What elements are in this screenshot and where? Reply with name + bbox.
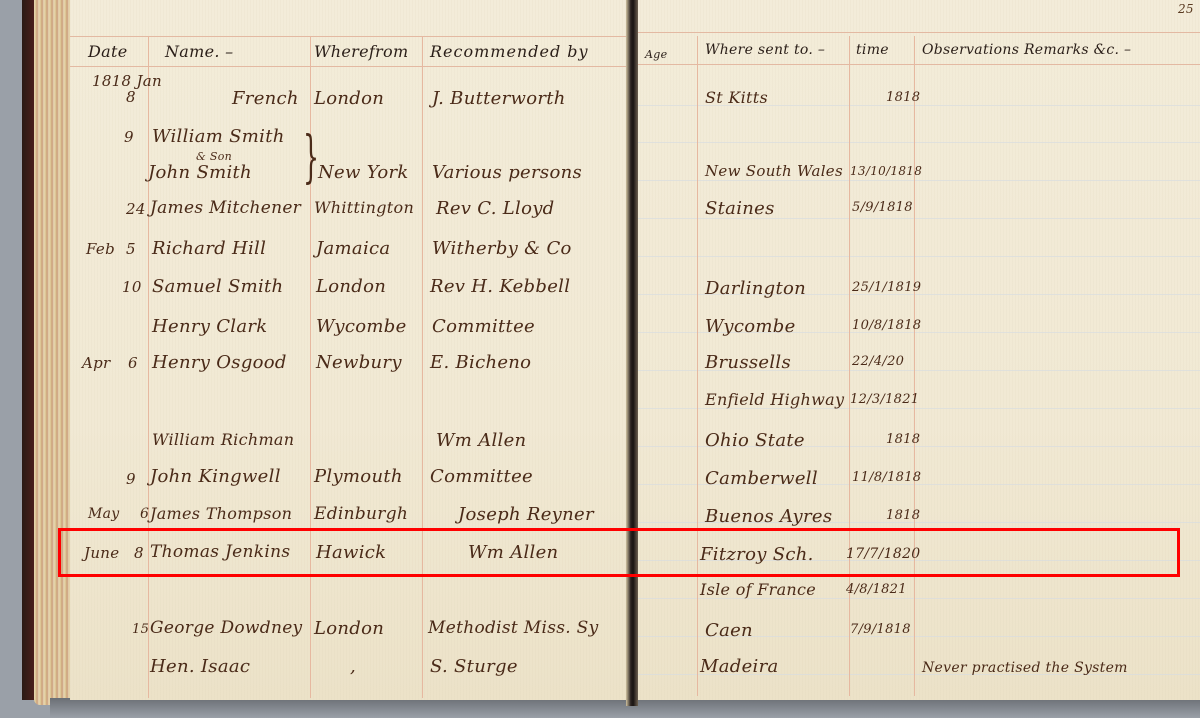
header-rule-bottom-right (638, 64, 1200, 65)
time-cell: 1818 (886, 90, 920, 105)
name-cell: William Richman (152, 430, 294, 449)
where-sent-cell: Wycombe (705, 316, 796, 337)
where-sent-cell: Ohio State (705, 430, 805, 451)
book-gutter (626, 0, 638, 706)
name-cell: John Kingwell (150, 466, 281, 487)
row-rule (638, 142, 1200, 143)
wherefrom-cell: New York (318, 162, 409, 183)
time-cell: 11/8/1818 (852, 470, 921, 485)
col-rule-wherefrom (422, 36, 423, 698)
date-day: 8 (126, 88, 136, 106)
date-day: 10 (122, 278, 142, 296)
col-rule-where-sent (849, 36, 850, 696)
name-cell: George Dowdney (150, 618, 302, 638)
name-cell: James Thompson (150, 504, 292, 523)
date-month: Apr (82, 354, 111, 372)
wherefrom-cell: Newbury (316, 352, 402, 373)
recommended-by-cell: Methodist Miss. Sy (428, 618, 599, 638)
where-sent-cell: Brussells (705, 352, 791, 373)
where-sent-cell: Madeira (700, 656, 779, 677)
date-month: Feb (86, 240, 115, 258)
time-cell: 5/9/1818 (852, 200, 913, 215)
time-cell: 17/7/1820 (846, 546, 920, 562)
date-month: June (84, 544, 119, 562)
time-cell: 10/8/1818 (852, 318, 921, 333)
col-rule-age (697, 36, 698, 696)
row-rule (638, 256, 1200, 257)
header-name: Name. – (165, 42, 233, 61)
recommended-by-cell: S. Sturge (430, 656, 518, 677)
brace-mark: } (303, 125, 319, 190)
date-day: 24 (126, 200, 146, 218)
where-sent-cell: Enfield Highway (705, 390, 844, 409)
header-recommended-by: Recommended by (430, 42, 589, 61)
time-cell: 25/1/1819 (852, 280, 921, 295)
name-cell: William Smith (152, 126, 285, 147)
recommended-by-cell: Wm Allen (468, 542, 558, 563)
wherefrom-cell: Edinburgh (314, 504, 408, 524)
col-rule-time (914, 36, 915, 696)
recommended-by-cell: Rev C. Lloyd (436, 198, 555, 219)
name-cell: Thomas Jenkins (150, 542, 290, 562)
where-sent-cell: Buenos Ayres (705, 506, 832, 527)
name-cell: John Smith (148, 162, 252, 183)
where-sent-cell: Fitzroy Sch. (700, 544, 814, 565)
col-rule-date (148, 36, 149, 698)
wherefrom-cell: Hawick (316, 542, 386, 563)
recommended-by-cell: Wm Allen (436, 430, 526, 451)
header-rule-bottom-left (70, 66, 626, 67)
recommended-by-cell: Committee (430, 466, 533, 487)
where-sent-cell: New South Wales (705, 162, 843, 180)
recommended-by-cell: Witherby & Co (432, 238, 572, 259)
where-sent-cell: Staines (705, 198, 775, 219)
recommended-by-cell: Rev H. Kebbell (430, 276, 570, 297)
time-cell: 22/4/20 (852, 354, 904, 369)
name-cell: Henry Osgood (152, 352, 287, 373)
name-cell: Richard Hill (152, 238, 266, 259)
time-cell: 4/8/1821 (846, 582, 907, 597)
header-observations: Observations Remarks &c. – (922, 42, 1131, 58)
wherefrom-cell: London (314, 88, 384, 109)
recommended-by-cell: J. Butterworth (432, 88, 566, 109)
recommended-by-cell: Various persons (432, 162, 582, 183)
date-day: 5 (126, 240, 136, 258)
name-cell: Samuel Smith (152, 276, 283, 297)
date-month: May (88, 506, 120, 522)
wherefrom-cell: , (350, 656, 356, 677)
where-sent-cell: Camberwell (705, 468, 818, 489)
date-day: 6 (140, 506, 149, 522)
wherefrom-cell: Plymouth (314, 466, 403, 487)
name-cell: James Mitchener (150, 198, 301, 218)
wherefrom-cell: Wycombe (316, 316, 407, 337)
book-cover-bottom (50, 698, 1200, 718)
wherefrom-cell: Whittington (314, 198, 414, 217)
recommended-by-cell: Joseph Reyner (458, 504, 594, 525)
header-rule-top-right (638, 32, 1200, 33)
date-day: 9 (124, 128, 134, 146)
wherefrom-cell: London (314, 618, 384, 639)
date-day: 8 (134, 544, 144, 562)
where-sent-cell: Darlington (705, 278, 806, 299)
header-where-sent: Where sent to. – (705, 42, 825, 58)
recommended-by-cell: E. Bicheno (430, 352, 531, 373)
page-edges-left (34, 0, 70, 705)
wherefrom-cell: London (316, 276, 386, 297)
date-day: 15 (132, 622, 149, 637)
header-age: Age (645, 48, 667, 61)
remarks-cell: Never practised the System (922, 660, 1128, 676)
name-cell: French (232, 88, 299, 109)
date-day: 6 (128, 354, 138, 372)
time-cell: 13/10/1818 (850, 164, 922, 178)
page-number: 25 (1178, 2, 1194, 16)
recommended-by-cell: Committee (432, 316, 535, 337)
name-cell: Hen. Isaac (150, 656, 250, 677)
time-cell: 1818 (886, 432, 920, 447)
time-cell: 1818 (886, 508, 920, 523)
wherefrom-cell: Jamaica (316, 238, 390, 259)
header-wherefrom: Wherefrom (314, 42, 408, 61)
time-cell: 7/9/1818 (850, 622, 911, 637)
header-date: Date (88, 42, 127, 61)
row-rule (638, 180, 1200, 181)
where-sent-cell: Caen (705, 620, 753, 641)
header-time: time (856, 42, 889, 58)
header-rule-top-left (70, 36, 626, 37)
date-day: 9 (126, 470, 136, 488)
time-cell: 12/3/1821 (850, 392, 919, 407)
where-sent-cell: St Kitts (705, 88, 768, 107)
where-sent-cell: Isle of France (700, 580, 816, 599)
name-cell: Henry Clark (152, 316, 268, 337)
